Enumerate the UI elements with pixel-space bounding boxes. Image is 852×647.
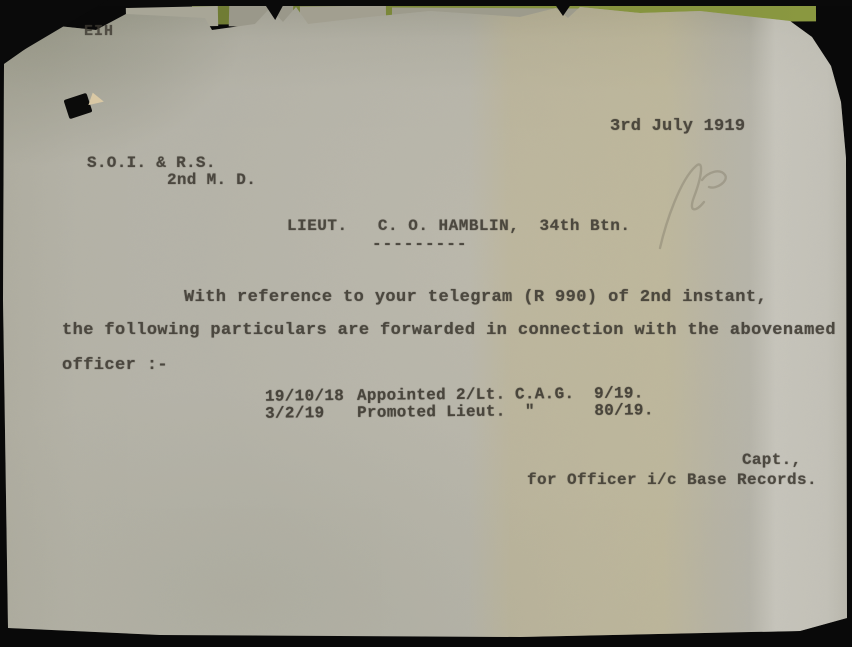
service-record-table: 19/10/18 Appointed 2/Lt. C.A.G. 9/19. 3/… bbox=[265, 384, 654, 420]
record-event: Promoted Lieut. bbox=[357, 402, 515, 420]
record-event: Appointed 2/Lt. bbox=[357, 386, 515, 404]
subject-line: LIEUT. C. O. HAMBLIN, 34th Btn. bbox=[287, 218, 630, 236]
subject-underline: --------- bbox=[372, 236, 467, 254]
body-line-2: the following particulars are forwarded … bbox=[62, 322, 836, 341]
body-line-3: officer :- bbox=[62, 357, 168, 376]
signature-rank: Capt., bbox=[742, 452, 801, 470]
record-reference: " 80/19. bbox=[515, 401, 654, 419]
record-reference: C.A.G. 9/19. bbox=[515, 384, 644, 402]
recipient-line-1: S.O.I. & R.S. bbox=[87, 155, 216, 173]
signature-capacity: for Officer i/c Base Records. bbox=[527, 472, 817, 490]
recipient-line-2: 2nd M. D. bbox=[167, 172, 256, 190]
date-line: 3rd July 1919 bbox=[610, 118, 745, 137]
filing-mark: EIH bbox=[84, 24, 114, 41]
body-line-1: With reference to your telegram (R 990) … bbox=[184, 289, 767, 308]
typewritten-text: EIH 3rd July 1919 S.O.I. & R.S. 2nd M. D… bbox=[0, 0, 852, 647]
record-date: 19/10/18 bbox=[265, 387, 357, 404]
record-date: 3/2/19 bbox=[265, 403, 357, 420]
service-record-row: 3/2/19 Promoted Lieut. " 80/19. bbox=[265, 401, 654, 421]
scanned-document: EIH 3rd July 1919 S.O.I. & R.S. 2nd M. D… bbox=[0, 0, 852, 647]
